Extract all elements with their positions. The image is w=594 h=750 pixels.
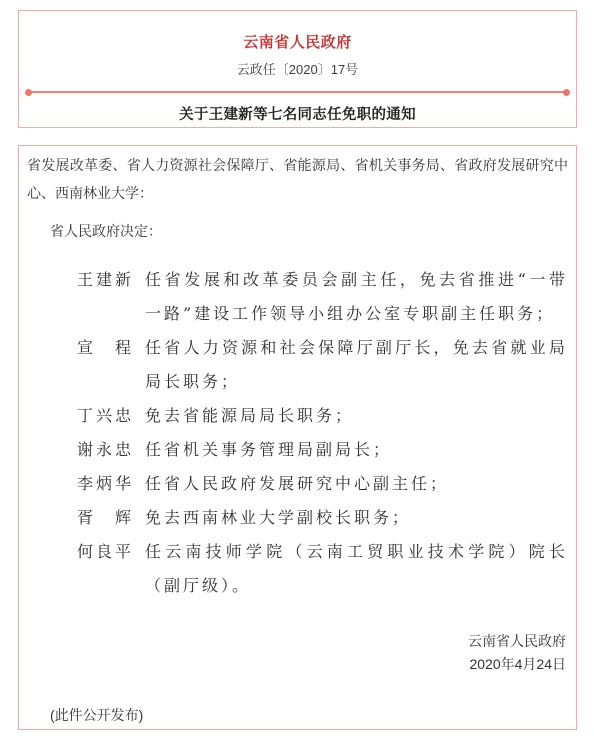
appointment-row: 宣 程 任省人力资源和社会保障厅副厅长，免去省就业局局长职务； <box>27 331 568 399</box>
header-divider <box>26 91 569 93</box>
appointee-name: 胥 辉 <box>77 501 145 535</box>
appointee-name: 丁兴忠 <box>77 399 145 433</box>
document-title: 关于王建新等七名同志任免职的通知 <box>19 103 576 124</box>
appointment-row: 谢永忠 任省机关事务管理局副局长； <box>27 433 568 467</box>
signature-authority: 云南省人民政府 <box>27 630 566 653</box>
appointee-name: 何良平 <box>77 535 145 603</box>
appointment-row: 丁兴忠 免去省能源局局长职务； <box>27 399 568 433</box>
appointment-action: 免去省能源局局长职务； <box>145 399 568 433</box>
appointee-name: 王建新 <box>77 263 145 331</box>
signature-block: 云南省人民政府 2020年4月24日 <box>27 630 568 676</box>
appointment-row: 胥 辉 免去西南林业大学副校长职务； <box>27 501 568 535</box>
publish-note: (此件公开发布) <box>27 703 568 727</box>
appointment-action: 任省机关事务管理局副局长； <box>145 433 568 467</box>
appointee-name: 谢永忠 <box>77 433 145 467</box>
decision-intro: 省人民政府决定： <box>27 217 568 245</box>
recipients-line: 省发展改革委、省人力资源社会保障厅、省能源局、省机关事务局、省政府发展研究中心、… <box>27 151 568 207</box>
appointment-action: 任省人力资源和社会保障厅副厅长，免去省就业局局长职务； <box>145 331 568 399</box>
appointment-action: 任云南技师学院（云南工贸职业技术学院）院长（副厅级）。 <box>145 535 568 603</box>
appointment-action: 任省人民政府发展研究中心副主任； <box>145 467 568 501</box>
appointment-row: 王建新 任省发展和改革委员会副主任，免去省推进“一带一路”建设工作领导小组办公室… <box>27 263 568 331</box>
appointment-row: 李炳华 任省人民政府发展研究中心副主任； <box>27 467 568 501</box>
document-header: 云南省人民政府 云政任〔2020〕17号 关于王建新等七名同志任免职的通知 <box>18 10 577 128</box>
appointment-action: 免去西南林业大学副校长职务； <box>145 501 568 535</box>
document-number: 云政任〔2020〕17号 <box>19 59 576 78</box>
appointee-name: 李炳华 <box>77 467 145 501</box>
appointments-list: 王建新 任省发展和改革委员会副主任，免去省推进“一带一路”建设工作领导小组办公室… <box>27 263 568 603</box>
signature-date: 2020年4月24日 <box>27 653 566 676</box>
appointment-row: 何良平 任云南技师学院（云南工贸职业技术学院）院长（副厅级）。 <box>27 535 568 603</box>
appointee-name: 宣 程 <box>77 331 145 399</box>
document-body: 省发展改革委、省人力资源社会保障厅、省能源局、省机关事务局、省政府发展研究中心、… <box>18 145 577 730</box>
issuing-authority: 云南省人民政府 <box>19 31 576 52</box>
appointment-action: 任省发展和改革委员会副主任，免去省推进“一带一路”建设工作领导小组办公室专职副主… <box>145 263 568 331</box>
document-page: 云南省人民政府 云政任〔2020〕17号 关于王建新等七名同志任免职的通知 省发… <box>0 0 594 750</box>
